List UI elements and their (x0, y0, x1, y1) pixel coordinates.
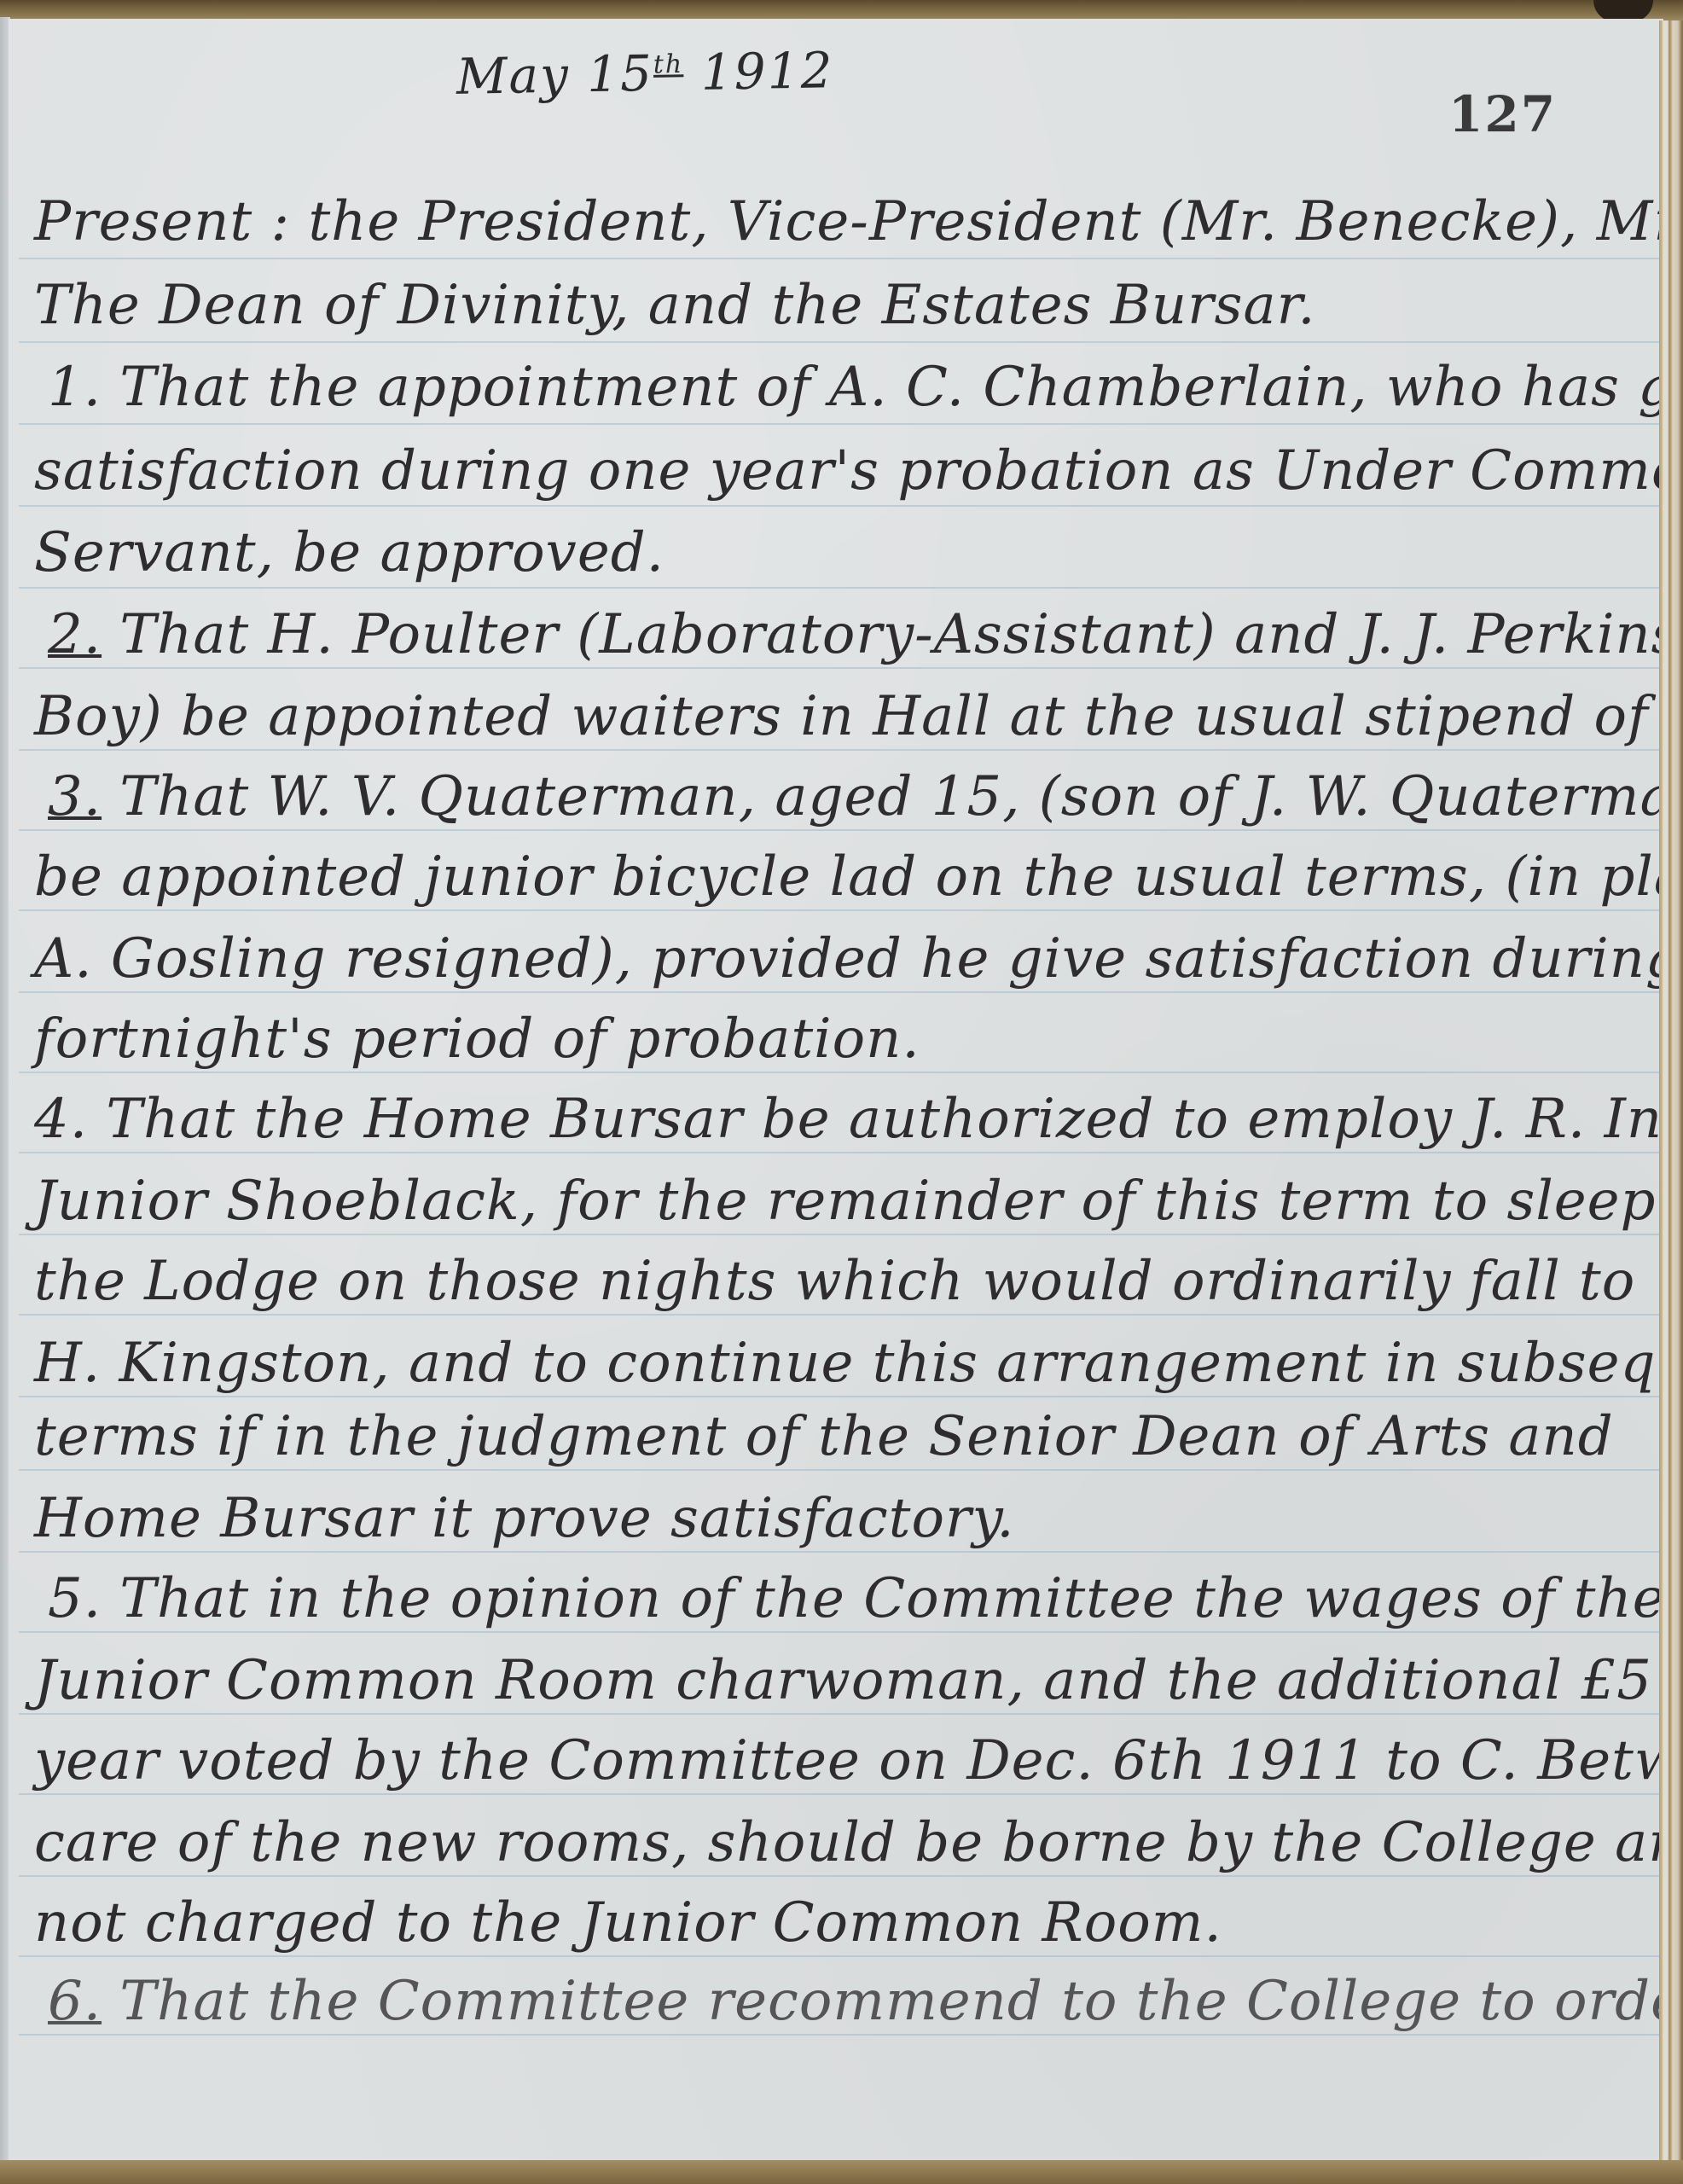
resolution-number: 3. (48, 765, 102, 828)
ruled-line (19, 423, 1661, 425)
resolution-number: 6. (48, 1970, 102, 2033)
resolution-4-line: Home Bursar it prove satisfactory. (34, 1484, 1655, 1553)
book-bottom-edge (0, 2160, 1683, 2184)
resolution-number: 4. (34, 1088, 88, 1151)
resolution-3-line: 3. That W. V. Quaterman, aged 15, (son o… (48, 763, 1668, 831)
resolution-2-line: 2. That H. Poulter (Laboratory-Assistant… (48, 601, 1668, 669)
resolution-6-line: 6. That the Committee recommend to the C… (48, 1967, 1668, 2036)
page-edges (1659, 20, 1683, 2162)
resolution-text: That in the opinion of the Committee the… (119, 1567, 1665, 1630)
resolution-4-line: terms if in the judgment of the Senior D… (34, 1403, 1655, 1471)
resolution-5-line: care of the new rooms, should be borne b… (34, 1809, 1655, 1877)
resolution-3-line: fortnight's period of probation. (34, 1005, 1655, 1073)
ruled-line (19, 341, 1661, 343)
resolution-3-line: A. Gosling resigned), provided he give s… (34, 925, 1655, 993)
resolution-5-line: Junior Common Room charwoman, and the ad… (34, 1647, 1655, 1715)
date-suffix: th (653, 49, 684, 80)
attendance-line: The Dean of Divinity, and the Estates Bu… (34, 271, 1655, 340)
resolution-4-line: 4. That the Home Bursar be authorized to… (34, 1085, 1655, 1153)
resolution-5-line: year voted by the Committee on Dec. 6th … (34, 1727, 1655, 1795)
date-year: 1912 (700, 41, 834, 102)
page-number: 127 (1448, 85, 1557, 143)
resolution-4-line: Junior Shoeblack, for the remainder of t… (34, 1167, 1655, 1235)
resolution-4-line: the Lodge on those nights which would or… (34, 1247, 1655, 1316)
resolution-5-line: 5. That in the opinion of the Committee … (48, 1565, 1668, 1633)
resolution-1-line: satisfaction during one year's probation… (34, 437, 1655, 505)
resolution-1-line: Servant, be approved. (34, 519, 1655, 587)
resolution-text: That H. Poulter (Laboratory-Assistant) a… (119, 603, 1683, 666)
ruled-line (19, 505, 1661, 507)
ruled-line (19, 587, 1661, 589)
resolution-number: 5. (48, 1567, 102, 1630)
resolution-2-line: Boy) be appointed waiters in Hall at the… (34, 682, 1655, 751)
resolution-4-line: H. Kingston, and to continue this arrang… (34, 1329, 1655, 1397)
ledger-page: May 15th 1912 127 Present : the Presiden… (9, 19, 1663, 2162)
resolution-3-line: be appointed junior bicycle lad on the u… (34, 843, 1655, 911)
entry-date: May 15th 1912 (456, 41, 834, 106)
resolution-text: That the Committee recommend to the Coll… (119, 1970, 1683, 2033)
date-day: May 15 (456, 44, 653, 106)
attendance-line: Present : the President, Vice-President … (34, 188, 1655, 256)
resolution-5-line: not charged to the Junior Common Room. (34, 1889, 1655, 1957)
resolution-1-line: 1. That the appointment of A. C. Chamber… (48, 353, 1668, 421)
resolution-text: That the appointment of A. C. Chamberlai… (119, 356, 1683, 419)
resolution-text: That W. V. Quaterman, aged 15, (son of J… (119, 765, 1683, 828)
resolution-number: 2. (48, 603, 102, 666)
resolution-number: 1. (48, 356, 102, 419)
ruled-line (19, 258, 1661, 259)
resolution-text: That the Home Bursar be authorized to em… (106, 1088, 1683, 1151)
book-top-edge (0, 0, 1683, 20)
